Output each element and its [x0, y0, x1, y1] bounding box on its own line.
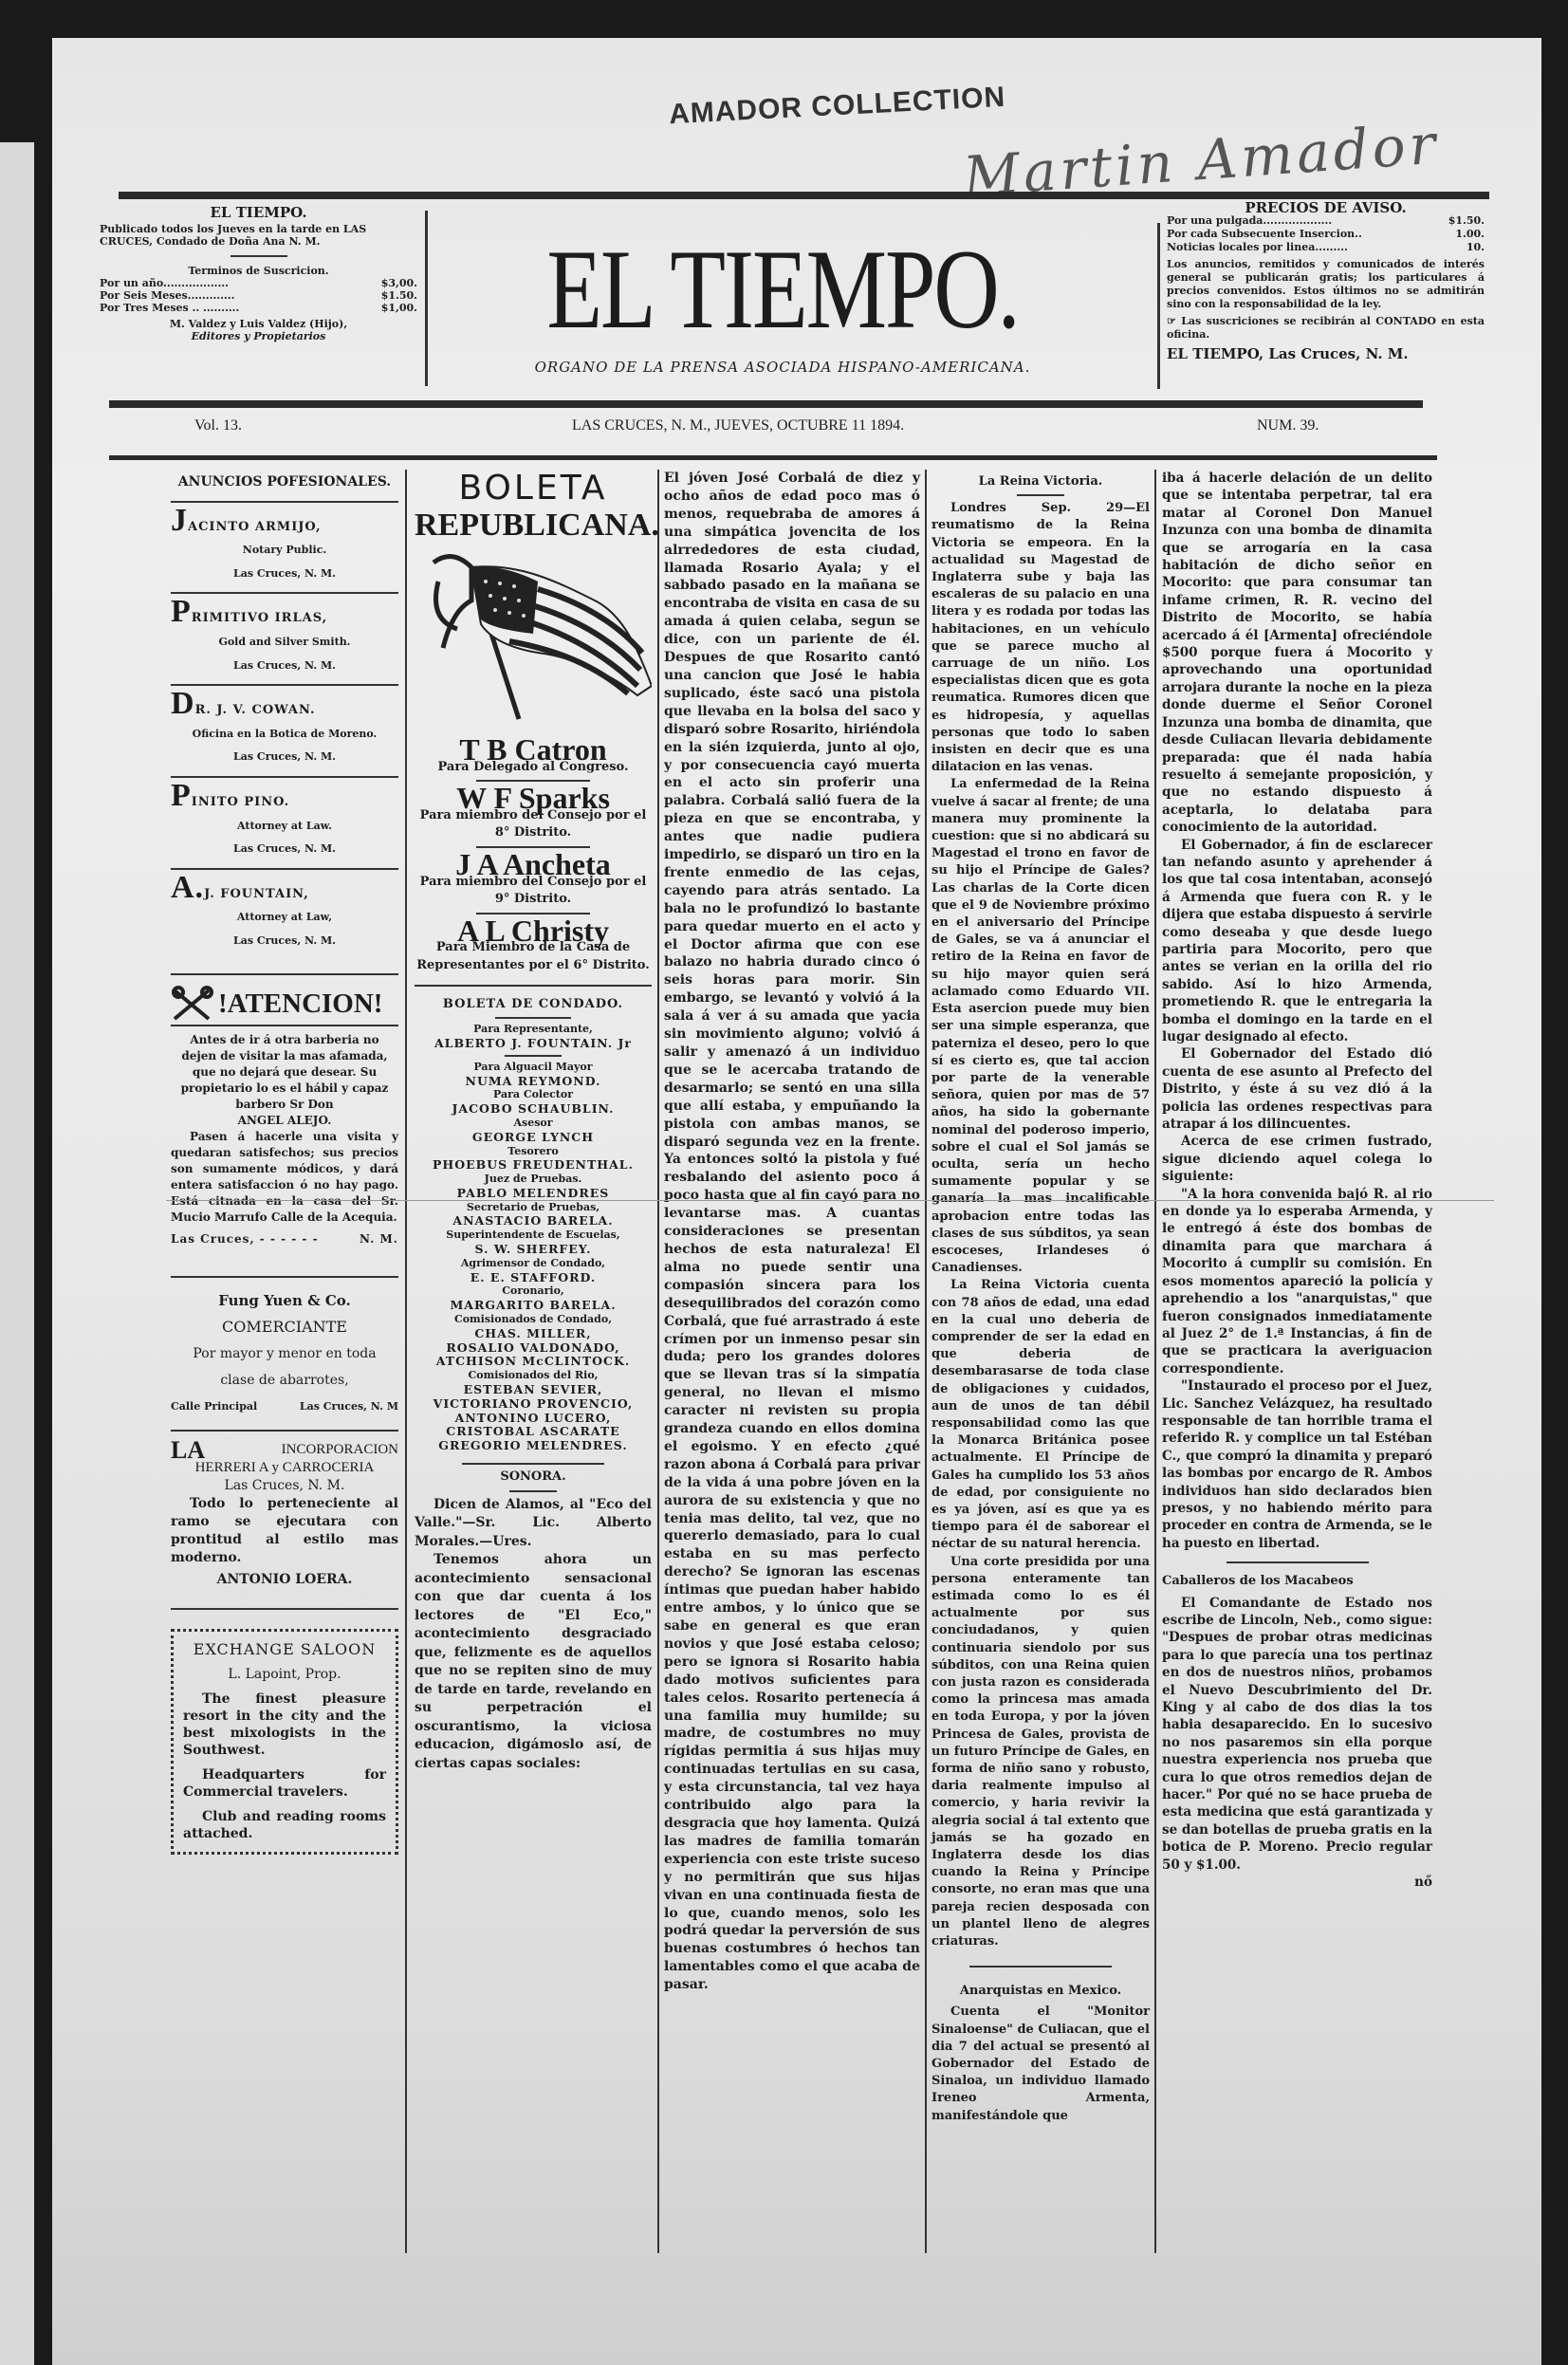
article-heading: La Reina Victoria. [932, 473, 1150, 490]
drop-cap: P [171, 778, 192, 813]
candidate-office: Para Delegado al Congreso. [415, 759, 652, 777]
divider [171, 868, 398, 870]
card-line: Gold and Silver Smith. [171, 634, 398, 652]
adjacent-page-edge [0, 142, 34, 2365]
card-line: Las Cruces, N. M. [171, 933, 398, 951]
incorporacion-title-b: INCORPORACION [282, 1441, 398, 1459]
rate-row: Por una pulgada...................$1.50. [1167, 214, 1485, 228]
article-heading: Caballeros de los Macabeos [1162, 1573, 1432, 1590]
sonora-heading: SONORA. [415, 1469, 652, 1487]
term-label: Por Tres Meses .. .......... [100, 302, 239, 314]
column-divider [405, 470, 407, 2253]
masthead-address: EL TIEMPO, Las Cruces, N. M. [1167, 347, 1485, 360]
dateline-rule [109, 455, 1437, 460]
incorporacion-line: HERRERI A y CARROCERIA [171, 1459, 398, 1477]
boleta-subtitle: REPUBLICANA. [415, 508, 652, 544]
divider [495, 1017, 571, 1019]
divider [509, 1490, 557, 1492]
barber-footer: Las Cruces, - - - - - -N. M. [171, 1231, 398, 1247]
professional-ads-heading: ANUNCIOS POFESIONALES. [171, 473, 398, 491]
rate-row: Por cada Subsecuente Insercion..1.00. [1167, 228, 1485, 241]
article-paragraph: Una corte presidida por una persona ente… [932, 1554, 1150, 1951]
fung-trade: COMERCIANTE [171, 1314, 398, 1340]
county-candidate: ALBERTO J. FOUNTAIN. Jr [415, 1037, 652, 1051]
newspaper-subtitle: ORGANO DE LA PRENSA ASOCIADA HISPANO-AME… [489, 359, 1077, 376]
county-office: Asesor [415, 1117, 652, 1131]
barber-text-2: Pasen á hacerle una visita y quedaran sa… [171, 1129, 398, 1226]
rate-price: $1.50. [1448, 214, 1485, 228]
sonora-paragraph: Dicen de Alamos, al "Eco del Valle."—Sr.… [415, 1496, 652, 1552]
saloon-text: Club and reading rooms attached. [183, 1808, 386, 1842]
barber-city: Las Cruces, - - - - - - [171, 1231, 319, 1247]
column-reina-victoria: La Reina Victoria. Londres Sep. 29—El re… [932, 470, 1150, 2125]
article-heading: Anarquistas en Mexico. [932, 1983, 1150, 2000]
article-paragraph: "Instaurado el proceso por el Juez, Lic.… [1162, 1377, 1432, 1552]
county-candidate: NUMA REYMOND. [415, 1075, 652, 1089]
newspaper-page: AMADOR COLLECTION Martin Amador EL TIEMP… [52, 38, 1541, 2365]
term-price: $1,00. [381, 302, 417, 314]
saloon-text: Headquarters for Commercial travelers. [183, 1766, 386, 1801]
masthead-subscription-box: EL TIEMPO. Publicado todos los Jueves en… [100, 207, 417, 342]
county-office: Secretario de Pruebas, [415, 1201, 652, 1215]
article-paragraph: Londres Sep. 29—El reumatismo de la Rein… [932, 500, 1150, 776]
candidate-name: J A Ancheta [415, 856, 652, 874]
ad-rates-note: Los anuncios, remitidos y comunicados de… [1167, 258, 1485, 311]
ornament-divider [1227, 1561, 1369, 1563]
article-paragraph: Acerca de ese crimen fustrado, sigue dic… [1162, 1133, 1432, 1185]
barber-state: N. M. [360, 1231, 398, 1247]
boleta-title: BOLETA [415, 470, 652, 508]
article-paragraph: "A la hora convenida bajó R. al rio en d… [1162, 1186, 1432, 1377]
card-name: J. FOUNTAIN, [204, 887, 309, 901]
american-flag-icon [415, 544, 652, 733]
exchange-saloon-ad: EXCHANGE SALOON L. Lapoint, Prop. The fi… [171, 1629, 398, 1855]
atencion-title: !ATENCION! [218, 995, 382, 1013]
county-office: Para Alguacil Mayor [415, 1061, 652, 1075]
column-divider [925, 470, 927, 2253]
county-candidate: CHAS. MILLER, [415, 1327, 652, 1341]
article-paragraph: El jóven José Corbalá de diez y ocho año… [664, 470, 920, 1994]
term-price: $1.50. [381, 289, 417, 302]
editors-role: Editores y Propietarios [100, 330, 417, 342]
divider [505, 1055, 562, 1057]
term-label: Por un año.................. [100, 277, 229, 289]
newspaper-title: EL TIEMPO. [489, 232, 1077, 346]
term-row: Por Seis Meses.............$1.50. [100, 289, 417, 302]
fung-street: Calle Principal [171, 1394, 257, 1420]
candidate-office: Para miembro del Consejo por el 9° Distr… [415, 874, 652, 909]
place-date: LAS CRUCES, N. M., JUEVES, OCTUBRE 11 18… [572, 417, 904, 434]
divider [171, 776, 398, 778]
divider [171, 1276, 398, 1278]
card-name: R. J. V. COWAN. [195, 703, 316, 717]
incorporacion-title: LA INCORPORACION [171, 1441, 398, 1459]
divider [171, 684, 398, 686]
business-card: PRIMITIVO IRLAS, Gold and Silver Smith. … [171, 603, 398, 674]
terms-heading: Terminos de Suscricion. [100, 265, 417, 277]
article-paragraph: El Gobernador, á fin de esclarecer tan n… [1162, 837, 1432, 1046]
column-professional-ads: ANUNCIOS POFESIONALES. JACINTO ARMIJO, N… [171, 470, 398, 1855]
barber-text: Antes de ir á otra barberia no dejen de … [171, 1032, 398, 1113]
county-office: Para Representante, [415, 1023, 652, 1037]
divider [171, 1608, 398, 1610]
masthead-ad-rates-box: PRECIOS DE AVISO. Por una pulgada.......… [1167, 201, 1485, 360]
card-name: ACINTO ARMIJO, [188, 520, 322, 534]
county-candidate: ANASTACIO BARELA. [415, 1214, 652, 1229]
ornament-divider [462, 1463, 604, 1465]
page-fold-line [166, 1200, 1494, 1201]
column-corbala-story: El jóven José Corbalá de diez y ocho año… [664, 470, 920, 1994]
county-ticket: Para Representante, ALBERTO J. FOUNTAIN.… [415, 1023, 652, 1453]
business-card: PINITO PINO. Attorney at Law. Las Cruces… [171, 787, 398, 859]
article-paragraph: La Reina Victoria cuenta con 78 años de … [932, 1277, 1150, 1553]
column-divider [1154, 470, 1156, 2253]
rate-label: Noticias locales por linea......... [1167, 241, 1348, 254]
county-office: Coronario, [415, 1284, 652, 1299]
county-office: Agrimensor de Condado, [415, 1257, 652, 1271]
term-price: $3,00. [381, 277, 417, 289]
divider [171, 973, 398, 975]
fung-yuen-ad: Fung Yuen & Co. COMERCIANTE Por mayor y … [171, 1287, 398, 1420]
county-candidate: VICTORIANO PROVENCIO, [415, 1397, 652, 1412]
candidate-office: Para miembro del Consejo por el 8° Distr… [415, 807, 652, 842]
barber-name: ANGEL ALEJO. [171, 1113, 398, 1129]
saloon-prop: L. Lapoint, Prop. [183, 1666, 386, 1683]
collection-stamp: AMADOR COLLECTION [668, 82, 1006, 132]
publication-intro: Publicado todos los Jueves en la tarde e… [100, 223, 417, 248]
drop-cap: D [171, 686, 195, 721]
term-row: Por Tres Meses .. ..........$1,00. [100, 302, 417, 314]
masthead-right-divider [1157, 223, 1160, 389]
article-paragraph: El Comandante de Estado nos escribe de L… [1162, 1595, 1432, 1875]
county-office: Superintendente de Escuelas, [415, 1229, 652, 1243]
card-name: RIMITIVO IRLAS, [192, 611, 327, 625]
saloon-text: The finest pleasure resort in the city a… [183, 1691, 386, 1759]
rate-price: 10. [1467, 241, 1485, 254]
term-label: Por Seis Meses............. [100, 289, 234, 302]
county-candidate: S. W. SHERFEY. [415, 1243, 652, 1257]
county-candidate: JACOBO SCHAUBLIN. [415, 1102, 652, 1117]
ornament-divider [969, 1966, 1112, 1968]
fung-address: Calle PrincipalLas Cruces, N. M [171, 1394, 398, 1420]
fung-name: Fung Yuen & Co. [171, 1287, 398, 1314]
saloon-name: EXCHANGE SALOON [183, 1641, 386, 1658]
card-line: Attorney at Law, [171, 909, 398, 927]
county-office: Tesorero [415, 1145, 652, 1159]
county-candidate: GREGORIO MELENDRES. [415, 1439, 652, 1453]
county-candidate: ATCHISON McCLINTOCK. [415, 1355, 652, 1369]
divider [171, 592, 398, 594]
county-candidate: PHOEBUS FREUDENTHAL. [415, 1158, 652, 1173]
business-card: JACINTO ARMIJO, Notary Public. Las Cruce… [171, 512, 398, 583]
rate-price: 1.00. [1455, 228, 1485, 241]
incorporacion-city: Las Cruces, N. M. [171, 1477, 398, 1495]
county-candidate: GEORGE LYNCH [415, 1131, 652, 1145]
business-card: A.J. FOUNTAIN, Attorney at Law, Las Cruc… [171, 879, 398, 951]
county-candidate: ESTEBAN SEVIER, [415, 1383, 652, 1397]
divider [415, 985, 652, 987]
sonora-paragraph: Tenemos ahora un acontecimiento sensacio… [415, 1551, 652, 1773]
incorporacion-ad: LA INCORPORACION HERRERI A y CARROCERIA … [171, 1441, 398, 1589]
drop-cap: J [171, 503, 188, 538]
atencion-banner: !ATENCION! [171, 985, 398, 1024]
county-candidate: ANTONINO LUCERO, [415, 1412, 652, 1426]
masthead-bottom-rule [109, 400, 1423, 408]
card-name: INITO PINO. [192, 795, 289, 809]
candidate-name: A L Christy [415, 922, 652, 940]
volume-label: Vol. 13. [194, 417, 242, 434]
barber-ad: !ATENCION! Antes de ir á otra barberia n… [171, 985, 398, 1248]
county-office: Comisionados de Condado, [415, 1313, 652, 1327]
county-office: Juez de Pruebas. [415, 1173, 652, 1187]
divider [231, 255, 287, 257]
card-line: Las Cruces, N. M. [171, 565, 398, 583]
article-paragraph: Cuenta el "Monitor Sinaloense" de Culiac… [932, 2004, 1150, 2124]
article-paragraph: La enfermedad de la Reina vuelve á sacar… [932, 776, 1150, 1277]
fung-line: clase de abarrotes, [171, 1367, 398, 1394]
drop-cap: A. [171, 870, 204, 905]
fung-line: Por mayor y menor en toda [171, 1340, 398, 1367]
candidate-office: Para Miembro de la Casa de Representante… [415, 939, 652, 974]
masthead-left-heading: EL TIEMPO. [100, 207, 417, 219]
column-republican-ticket: BOLETA REPUBLICANA. T B Catron Para Dele… [415, 470, 652, 1773]
county-office: Comisionados del Rio, [415, 1369, 652, 1383]
drop-cap: P [171, 594, 192, 629]
county-ticket-heading: BOLETA DE CONDADO. [415, 996, 652, 1014]
candidate-name: T B Catron [415, 741, 652, 759]
incorporacion-owner: ANTONIO LOERA. [171, 1571, 398, 1589]
fung-city: Las Cruces, N. M [300, 1394, 398, 1420]
editors: M. Valdez y Luis Valdez (Hijo), [100, 318, 417, 330]
card-line: Las Cruces, N. M. [171, 841, 398, 859]
incorporacion-text: Todo lo perteneciente al ramo se ejecuta… [171, 1495, 398, 1567]
rate-row: Noticias locales por linea.........10. [1167, 241, 1485, 254]
issue-number: NUM. 39. [1257, 417, 1319, 434]
divider [171, 501, 398, 503]
column-divider [657, 470, 659, 2253]
card-line: Las Cruces, N. M. [171, 657, 398, 675]
business-card: DR. J. V. COWAN. Oficina en la Botica de… [171, 695, 398, 767]
divider [171, 1430, 398, 1432]
term-row: Por un año..................$3,00. [100, 277, 417, 289]
county-candidate: PABLO MELENDRES [415, 1187, 652, 1201]
card-line: Las Cruces, N. M. [171, 748, 398, 767]
masthead-top-rule [119, 192, 1489, 199]
card-line: Notary Public. [171, 542, 398, 560]
county-office: Para Colector [415, 1088, 652, 1102]
article-paragraph: El Gobernador del Estado dió cuenta de e… [1162, 1045, 1432, 1133]
county-candidate: MARGARITO BARELA. [415, 1299, 652, 1313]
scissors-razor-icon [171, 985, 214, 1024]
card-line: Oficina en la Botica de Moreno. [171, 726, 398, 744]
county-candidate: E. E. STAFFORD. [415, 1271, 652, 1285]
column-anarchists-story: iba á hacerle delación de un delito que … [1162, 470, 1432, 1892]
signoff: nő [1162, 1874, 1432, 1891]
divider [171, 1025, 398, 1026]
divider [1017, 494, 1064, 496]
candidate-name: W F Sparks [415, 789, 652, 807]
rate-label: Por una pulgada................... [1167, 214, 1332, 228]
rate-label: Por cada Subsecuente Insercion.. [1167, 228, 1362, 241]
ad-rates-heading: PRECIOS DE AVISO. [1167, 201, 1485, 214]
incorporacion-title-a: LA [171, 1441, 205, 1459]
article-paragraph: iba á hacerle delación de un delito que … [1162, 470, 1432, 837]
card-line: Attorney at Law. [171, 818, 398, 836]
county-candidate: CRISTOBAL ASCARATE [415, 1425, 652, 1439]
subscription-note: ☞ Las suscriciones se recibirán al CONTA… [1167, 315, 1485, 342]
county-candidate: ROSALIO VALDONADO, [415, 1341, 652, 1356]
masthead-left-divider [425, 211, 428, 386]
